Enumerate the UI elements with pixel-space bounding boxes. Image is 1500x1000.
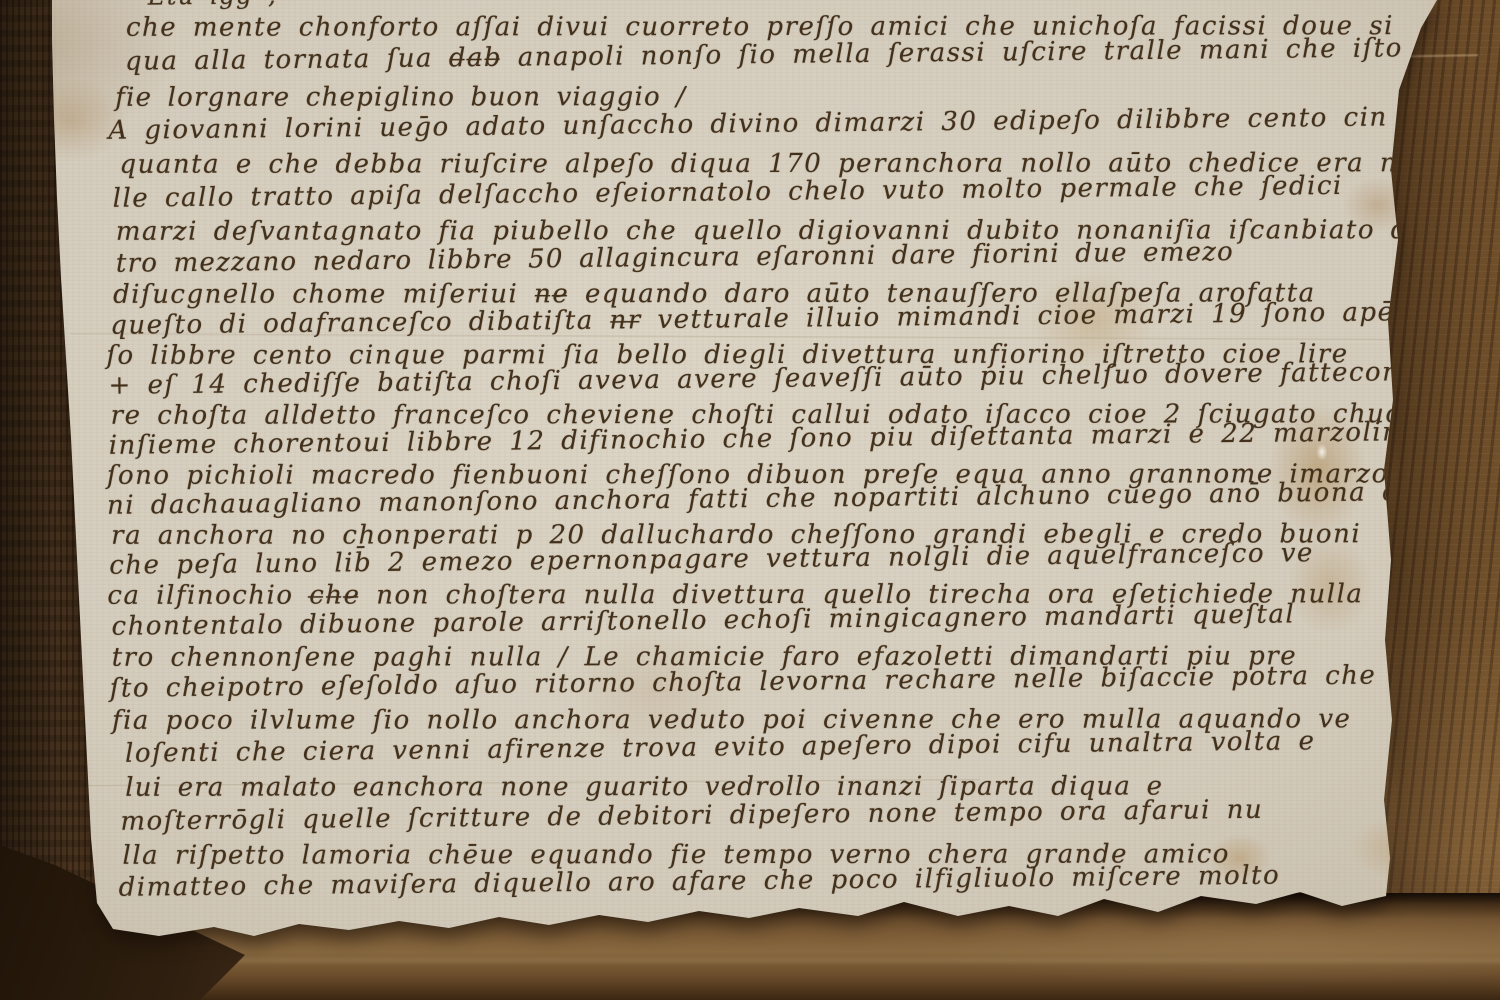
manuscript-line-fragment: Etu igg , [148,0,278,11]
manuscript-paper: Etu igg , che mente chonforto aſſai divu… [0,0,1500,1000]
manuscript-text: Etu igg , che mente chonforto aſſai divu… [0,0,1500,1000]
manuscript-line: fie lorgnare chepiglino buon viaggio / [115,82,686,113]
photo-stage: Etu igg , che mente chonforto aſſai divu… [0,0,1500,1000]
manuscript-paper-sheet: Etu igg , che mente chonforto aſſai divu… [0,0,1500,1000]
